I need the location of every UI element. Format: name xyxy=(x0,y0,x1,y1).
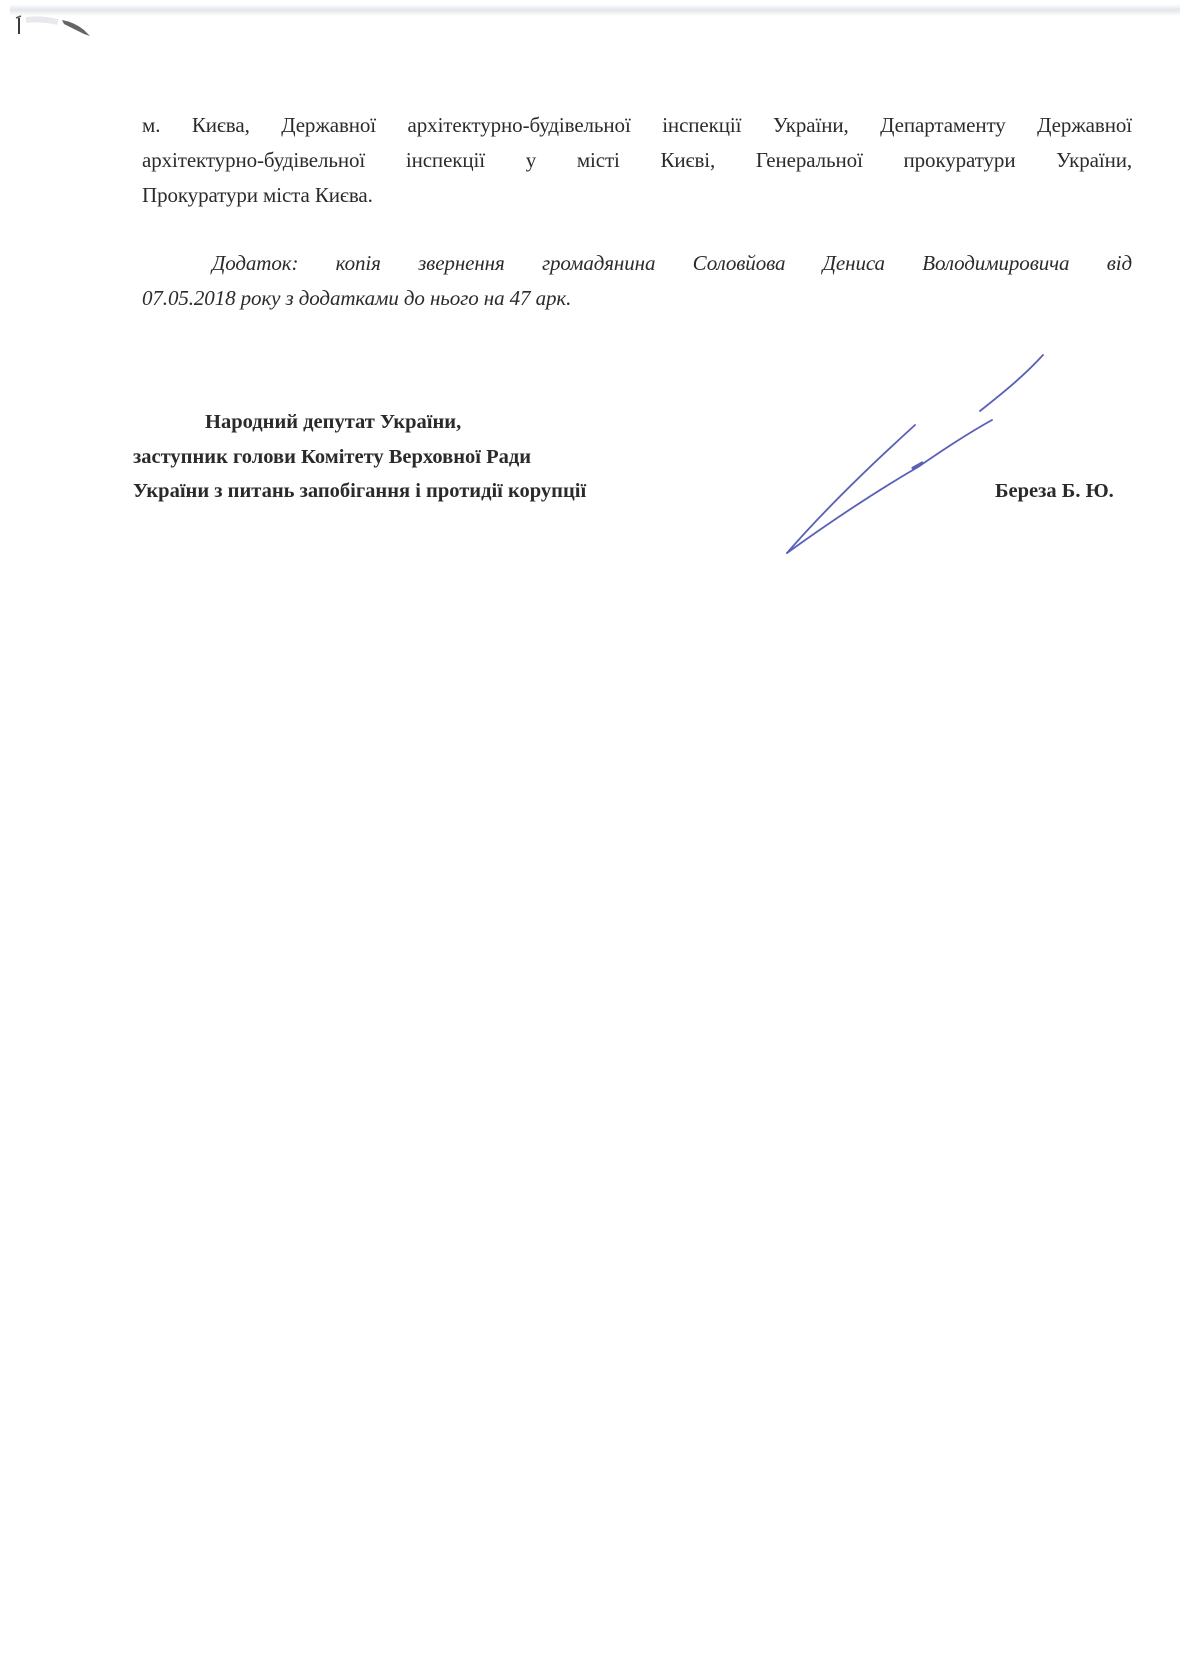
document-page: м. Києва, Державної архітектурно-будівел… xyxy=(0,0,1200,1669)
signer-name: Береза Б. Ю. xyxy=(995,474,1114,508)
position-line-3: України з питань запобігання і протидії … xyxy=(133,474,586,509)
signatory-position: Народний депутат України, заступник голо… xyxy=(133,405,586,509)
handwritten-signature-icon xyxy=(760,330,1080,580)
body-line-2: архітектурно-будівельної інспекції у міс… xyxy=(142,143,1132,178)
attachment-line-1: Додаток: копія звернення громадянина Сол… xyxy=(142,246,1132,281)
body-line-3: Прокуратури міста Києва. xyxy=(142,178,1132,213)
body-line-1: м. Києва, Державної архітектурно-будівел… xyxy=(142,108,1132,143)
scan-edge-artifact xyxy=(10,4,1180,16)
body-paragraph: м. Києва, Державної архітектурно-будівел… xyxy=(142,108,1132,213)
attachment-line-2: 07.05.2018 року з додатками до нього на … xyxy=(142,281,1132,316)
scan-smudge-icon xyxy=(12,14,102,40)
attachment-note: Додаток: копія звернення громадянина Сол… xyxy=(142,246,1132,316)
position-line-2: заступник голови Комітету Верховної Ради xyxy=(133,440,586,475)
position-line-1: Народний депутат України, xyxy=(133,405,586,440)
